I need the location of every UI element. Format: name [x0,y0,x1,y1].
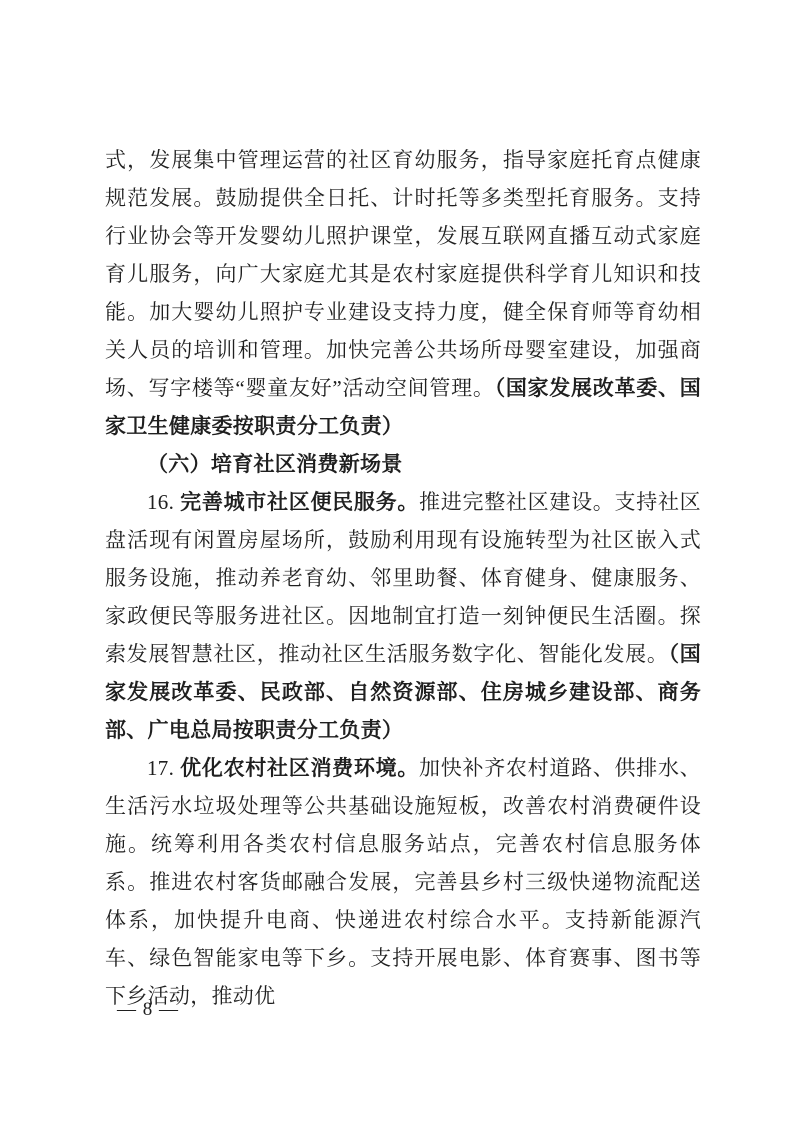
item-16-body: 推进完整社区建设。支持社区盘活现有闲置房屋场所，鼓励利用现有设施转型为社区嵌入式… [105,490,701,666]
item-16-number: 16. [147,490,180,514]
paragraph-item-17: 17. 优化农村社区消费环境。加快补齐农村道路、供排水、生活污水垃圾处理等公共基… [105,749,701,1015]
section-heading: （六）培育社区消费新场景 [105,445,701,483]
document-body: 式，发展集中管理运营的社区育幼服务，指导家庭托育点健康规范发展。鼓励提供全日托、… [105,141,701,1015]
item-17-body: 加快补齐农村道路、供排水、生活污水垃圾处理等公共基础设施短板，改善农村消费硬件设… [105,756,701,1008]
paragraph-continuation-text: 式，发展集中管理运营的社区育幼服务，指导家庭托育点健康规范发展。鼓励提供全日托、… [105,148,701,400]
page-number: — 8 — [117,997,179,1023]
paragraph-continuation: 式，发展集中管理运营的社区育幼服务，指导家庭托育点健康规范发展。鼓励提供全日托、… [105,141,701,445]
item-17-title: 优化农村社区消费环境。 [180,756,419,780]
document-page: 式，发展集中管理运营的社区育幼服务，指导家庭托育点健康规范发展。鼓励提供全日托、… [0,0,793,1122]
item-16-title: 完善城市社区便民服务。 [180,490,419,514]
paragraph-item-16: 16. 完善城市社区便民服务。推进完整社区建设。支持社区盘活现有闲置房屋场所，鼓… [105,483,701,749]
section-heading-text: （六）培育社区消费新场景 [147,452,403,476]
item-17-number: 17. [147,756,180,780]
